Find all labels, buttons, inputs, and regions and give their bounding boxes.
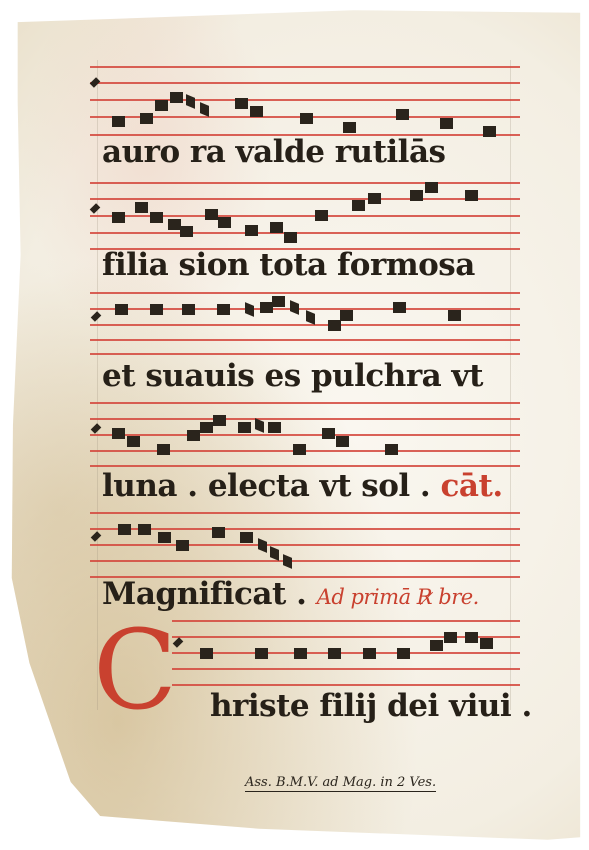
- neume: [480, 638, 493, 649]
- neume: [315, 210, 328, 221]
- neume: [150, 304, 163, 315]
- neume: [250, 106, 263, 117]
- neume: [328, 648, 341, 659]
- neume: [155, 100, 168, 111]
- neume: [268, 422, 281, 433]
- neume: [465, 190, 478, 201]
- neume: [112, 212, 125, 223]
- neume: [182, 304, 195, 315]
- neume: [217, 304, 230, 315]
- neume: [322, 428, 335, 439]
- neume: [218, 217, 231, 228]
- neume: [112, 428, 125, 439]
- neume: [157, 444, 170, 455]
- neume: [200, 648, 213, 659]
- neume: [340, 310, 353, 321]
- neume: [238, 422, 251, 433]
- lyric-line: hriste filij dei viui .: [210, 688, 532, 724]
- rubric-cantus: cāt.: [441, 468, 503, 504]
- neume: [328, 320, 341, 331]
- neume: [187, 430, 200, 441]
- neume: [448, 310, 461, 321]
- neume: [245, 225, 258, 236]
- neume: [444, 632, 457, 643]
- lyric-line: et suauis es pulchra vt: [102, 358, 483, 394]
- neume: [397, 648, 410, 659]
- neume: [385, 444, 398, 455]
- neume: [200, 422, 213, 433]
- neume: [270, 222, 283, 233]
- rubric-ad-primam: Ad primā R̷ bre.: [317, 585, 479, 609]
- neume: [396, 109, 409, 120]
- neume: [205, 209, 218, 220]
- neume: [127, 436, 140, 447]
- neume: [300, 113, 313, 124]
- neume: [343, 122, 356, 133]
- neume: [425, 182, 438, 193]
- neume: [440, 118, 453, 129]
- neume: [363, 648, 376, 659]
- neume: [150, 212, 163, 223]
- neume: [180, 226, 193, 237]
- lyric-text: luna . electa vt sol .: [102, 468, 430, 504]
- neume: [293, 444, 306, 455]
- neume: [115, 304, 128, 315]
- illuminated-initial: C: [93, 618, 175, 723]
- neume: [368, 193, 381, 204]
- neume: [140, 113, 153, 124]
- neume: [212, 527, 225, 538]
- ruling-line: [510, 60, 511, 710]
- manuscript-page: auro ra valde rutilās: [0, 0, 589, 850]
- neume: [255, 648, 268, 659]
- neume: [170, 92, 183, 103]
- lyric-line: filia sion tota formosa: [102, 247, 475, 283]
- neume: [483, 126, 496, 137]
- neume: [352, 200, 365, 211]
- lyric-line: luna . electa vt sol . cāt.: [102, 468, 503, 504]
- neume: [135, 202, 148, 213]
- neume: [272, 296, 285, 307]
- neume: [112, 116, 125, 127]
- neume: [393, 302, 406, 313]
- neume: [176, 540, 189, 551]
- neume: [240, 532, 253, 543]
- lyric-line: auro ra valde rutilās: [102, 134, 446, 170]
- neume: [294, 648, 307, 659]
- neume: [138, 524, 151, 535]
- neume: [235, 98, 248, 109]
- footer-annotation: Ass. B.M.V. ad Mag. in 2 Ves.: [245, 775, 436, 792]
- neume: [430, 640, 443, 651]
- neume: [158, 532, 171, 543]
- neume: [336, 436, 349, 447]
- neume: [118, 524, 131, 535]
- neume: [284, 232, 297, 243]
- neume: [465, 632, 478, 643]
- neume: [410, 190, 423, 201]
- neume: [213, 415, 226, 426]
